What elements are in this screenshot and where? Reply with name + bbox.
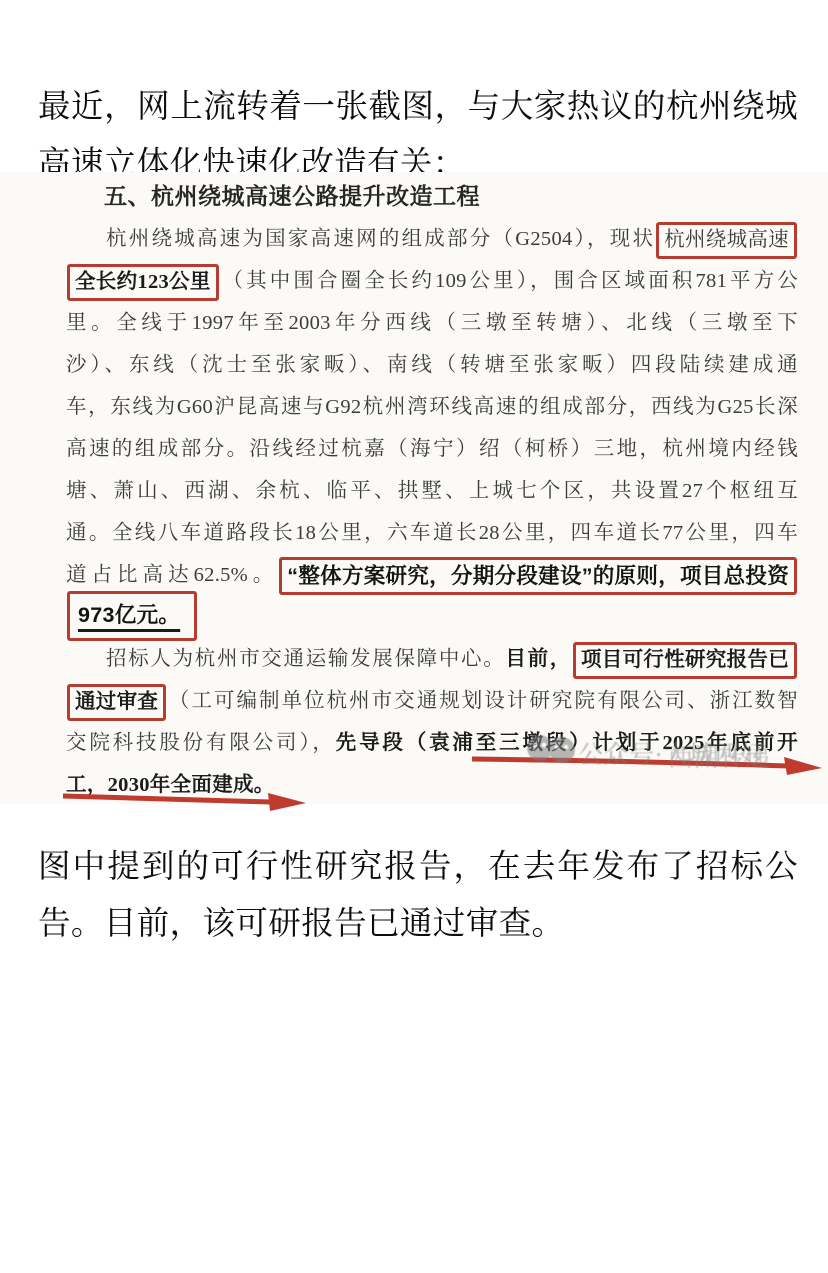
text-run: 道占比高达62.5%。 [66,564,278,586]
embedded-screenshot: 五、杭州绕城高速公路提升改造工程 杭州绕城高速为国家高速网的组成部分（G2504… [0,172,828,804]
text-line: 973亿元。 [66,596,798,638]
article-page: 最近，网上流转着一张截图，与大家热议的杭州绕城高速立体化快速化改造有关： 五、杭… [0,0,828,1273]
text-line: 全长约123公里（其中围合圈全长约109公里），围合区域面积781平方公 [66,260,798,302]
text-line: 车，东线为G60沪昆高速与G92杭州湾环线高速的组成部分，西线为G25长深 [66,386,798,428]
screenshot-content: 五、杭州绕城高速公路提升改造工程 杭州绕城高速为国家高速网的组成部分（G2504… [0,172,828,806]
text-run: 高速的组成部分。沿线经过杭嘉（海宁）绍（柯桥）三地，杭州境内经钱 [66,438,798,460]
text-run: 塘、萧山、西湖、余杭、临平、拱墅、上城七个区，共设置27个枢纽互 [66,480,798,502]
red-annotation-box: 通过审查 [67,684,166,721]
text-run: （工可编制单位杭州市交通规划设计研究院有限公司、浙江数智 [167,690,798,712]
text-run-bold: 目前， [505,648,572,670]
text-run: 里。全线于1997年至2003年分西线（三墩至转塘）、北线（三墩至下 [66,312,798,334]
red-annotation-box: 973亿元。 [67,591,197,641]
text-run: 沙）、东线（沈士至张家畈）、南线（转塘至张家畈）四段陆续建成通 [66,354,798,376]
red-annotation-box: “整体方案研究，分期分段建设”的原则，项目总投资 [279,557,797,595]
text-line: 道占比高达62.5%。“整体方案研究，分期分段建设”的原则，项目总投资 [66,554,798,596]
text-run: 招标人为杭州市交通运输发展保障中心。 [106,648,505,670]
red-annotation-box: 项目可行性研究报告已 [573,642,797,679]
text-line: 高速的组成部分。沿线经过杭嘉（海宁）绍（柯桥）三地，杭州境内经钱 [66,428,798,470]
red-annotation-box: 全长约123公里 [67,264,219,301]
outro-paragraph: 图中提到的可行性研究报告，在去年发布了招标公告。目前，该可研报告已通过审查。 [38,839,798,953]
wechat-icon [526,732,578,768]
text-run: 杭州绕城高速为国家高速网的组成部分（G2504），现状 [106,228,655,250]
screenshot-title: 五、杭州绕城高速公路提升改造工程 [66,180,798,214]
text-line: 杭州绕城高速为国家高速网的组成部分（G2504），现状杭州绕城高速 [66,218,798,260]
text-line: 招标人为杭州市交通运输发展保障中心。目前，项目可行性研究报告已 [66,638,798,680]
red-arrow-icon [62,792,306,812]
wechat-watermark: 公众号·大城西好 西湖转递 [526,732,786,776]
text-line: 通过审查（工可编制单位杭州市交通规划设计研究院有限公司、浙江数智 [66,680,798,722]
text-run: （其中围合圈全长约109公里），围合区域面积781平方公 [220,270,798,292]
watermark-text-back: 西湖转递 [668,738,770,774]
red-annotation-box: 杭州绕城高速 [656,222,797,259]
text-line: 里。全线于1997年至2003年分西线（三墩至转塘）、北线（三墩至下 [66,302,798,344]
text-line: 沙）、东线（沈士至张家畈）、南线（转塘至张家畈）四段陆续建成通 [66,344,798,386]
text-run: 通。全线八车道路段长18公里，六车道长28公里，四车道长77公里，四车 [66,522,798,544]
text-run: 车，东线为G60沪昆高速与G92杭州湾环线高速的组成部分，西线为G25长深 [66,396,798,418]
text-line: 塘、萧山、西湖、余杭、临平、拱墅、上城七个区，共设置27个枢纽互 [66,470,798,512]
text-line: 通。全线八车道路段长18公里，六车道长28公里，四车道长77公里，四车 [66,512,798,554]
text-run: 交院科技股份有限公司）， [66,732,336,754]
